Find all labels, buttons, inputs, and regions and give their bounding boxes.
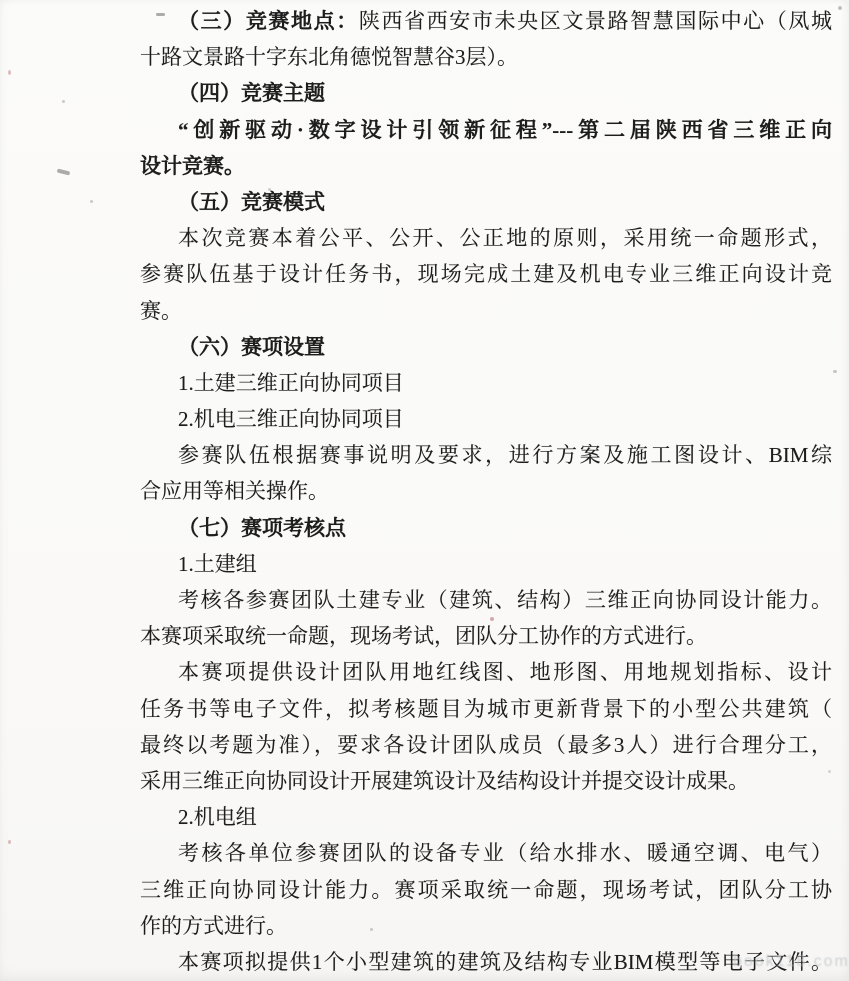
heading-text: （四）竞赛主题 [178, 81, 325, 105]
body-text: 2.机电三维正向协同项目 [178, 407, 404, 431]
document-line: 本赛项拟提供1个小型建筑的建筑及结构专业BIM模型等电子文件。 [140, 944, 832, 980]
heading-text: “创新驱动·数字设计引领新征程”---第二届陕西省三维正向 [178, 118, 832, 142]
scan-speck [838, 6, 842, 10]
document-line: “创新驱动·数字设计引领新征程”---第二届陕西省三维正向 [140, 112, 832, 148]
document-line: 赛。 [140, 293, 832, 329]
body-text: 采用三维正向协同设计开展建筑设计及结构设计并提交设计成果。 [140, 769, 749, 793]
document-line: 2.机电组 [140, 799, 832, 835]
body-text: 1.土建三维正向协同项目 [178, 371, 404, 395]
document-line: 十路文景路十字东北角德悦智慧谷3层）。 [140, 39, 832, 75]
document-line: 参赛队伍基于设计任务书，现场完成土建及机电专业三维正向设计竞 [140, 256, 832, 292]
document-line: 最终以考题为准），要求各设计团队成员（最多3人）进行合理分工， [140, 727, 832, 763]
scan-speck [8, 840, 11, 844]
document-line: （五）竞赛模式 [140, 184, 832, 220]
document-line: 合应用等相关操作。 [140, 473, 832, 509]
document-line: （六）赛项设置 [140, 329, 832, 365]
scanned-document-page: （三）竞赛地点：陕西省西安市未央区文景路智慧国际中心（凤城十路文景路十字东北角德… [0, 0, 849, 981]
heading-text: （三）竞赛地点： [178, 9, 359, 33]
body-text: 赛。 [140, 299, 182, 323]
scan-speck [57, 168, 71, 175]
scan-speck [490, 617, 494, 621]
body-text: 陕西省西安市未央区文景路智慧国际中心（凤城 [359, 9, 832, 33]
body-text: 合应用等相关操作。 [140, 479, 329, 503]
heading-text: （六）赛项设置 [178, 335, 325, 359]
document-line: （四）竞赛主题 [140, 75, 832, 111]
document-line: 参赛队伍根据赛事说明及要求，进行方案及施工图设计、BIM综 [140, 437, 832, 473]
scan-speck [790, 132, 793, 135]
scan-speck [8, 70, 11, 75]
body-text: 2.机电组 [178, 805, 257, 829]
body-text: 最终以考题为准），要求各设计团队成员（最多3人）进行合理分工， [140, 733, 832, 757]
body-text: 三维正向协同设计能力。赛项采取统一命题，现场考试，团队分工协 [140, 878, 832, 902]
body-text: 任务书等电子文件，拟考核题目为城市更新背景下的小型公共建筑（ [140, 697, 832, 721]
watermark-text: book118.com [733, 949, 849, 975]
document-line: 考核各单位参赛团队的设备专业（给水排水、暖通空调、电气） [140, 835, 832, 871]
body-text: 参赛队伍基于设计任务书，现场完成土建及机电专业三维正向设计竞 [140, 262, 832, 286]
body-text: 本次竞赛本着公平、公开、公正地的原则，采用统一命题形式， [178, 226, 832, 250]
body-text: 作的方式进行。 [140, 914, 287, 938]
document-line: 本赛项采取统一命题，现场考试，团队分工协作的方式进行。 [140, 618, 832, 654]
document-body: （三）竞赛地点：陕西省西安市未央区文景路智慧国际中心（凤城十路文景路十字东北角德… [140, 3, 832, 980]
scan-speck [268, 188, 271, 191]
heading-text: （七）赛项考核点 [178, 516, 346, 540]
document-line: 任务书等电子文件，拟考核题目为城市更新背景下的小型公共建筑（ [140, 691, 832, 727]
document-line: （三）竞赛地点：陕西省西安市未央区文景路智慧国际中心（凤城 [140, 3, 832, 39]
heading-text: 设计竞赛。 [140, 154, 245, 178]
document-line: 1.土建组 [140, 546, 832, 582]
scan-speck [833, 370, 837, 373]
body-text: 本赛项提供设计团队用地红线图、地形图、用地规划指标、设计 [178, 660, 832, 684]
body-text: 1.土建组 [178, 552, 257, 576]
heading-text: （五）竞赛模式 [178, 190, 325, 214]
scan-speck [370, 928, 373, 931]
scan-speck [62, 100, 65, 103]
body-text: 本赛项采取统一命题，现场考试，团队分工协作的方式进行。 [140, 624, 707, 648]
body-text: 考核各参赛团队土建专业（建筑、结构）三维正向协同设计能力。 [178, 588, 832, 612]
document-line: （七）赛项考核点 [140, 510, 832, 546]
document-line: 1.土建三维正向协同项目 [140, 365, 832, 401]
body-text: 考核各单位参赛团队的设备专业（给水排水、暖通空调、电气） [178, 841, 832, 865]
body-text: 十路文景路十字东北角德悦智慧谷3层）。 [140, 45, 518, 69]
document-line: 作的方式进行。 [140, 908, 832, 944]
body-text: 参赛队伍根据赛事说明及要求，进行方案及施工图设计、BIM综 [178, 443, 832, 467]
document-line: 2.机电三维正向协同项目 [140, 401, 832, 437]
document-line: 本赛项提供设计团队用地红线图、地形图、用地规划指标、设计 [140, 654, 832, 690]
document-line: 本次竞赛本着公平、公开、公正地的原则，采用统一命题形式， [140, 220, 832, 256]
document-line: 采用三维正向协同设计开展建筑设计及结构设计并提交设计成果。 [140, 763, 832, 799]
scan-speck [828, 770, 831, 773]
scan-speck [90, 200, 93, 203]
document-line: 三维正向协同设计能力。赛项采取统一命题，现场考试，团队分工协 [140, 872, 832, 908]
scan-speck [156, 13, 165, 16]
document-line: 设计竞赛。 [140, 148, 832, 184]
document-line: 考核各参赛团队土建专业（建筑、结构）三维正向协同设计能力。 [140, 582, 832, 618]
